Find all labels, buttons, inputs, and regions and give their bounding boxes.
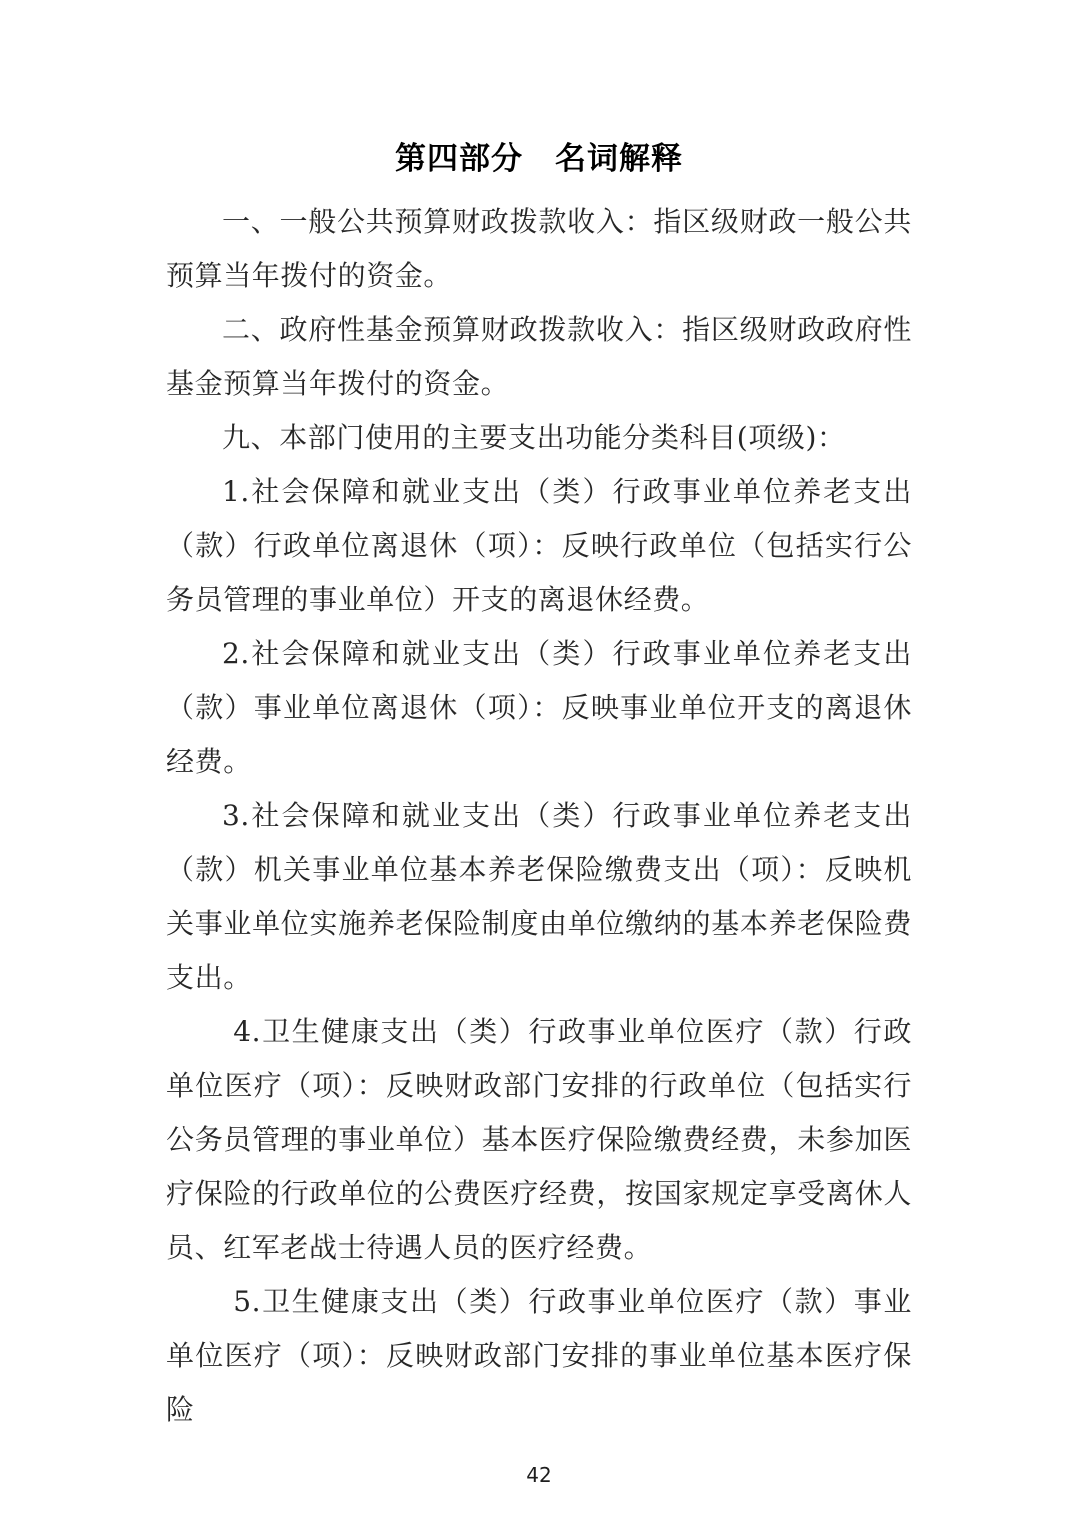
- paragraph-general-budget-income: 一、一般公共预算财政拨款收入：指区级财政一般公共预算当年拨付的资金。: [166, 195, 912, 303]
- paragraph-item-4-admin-medical: 4.卫生健康支出（类）行政事业单位医疗（款）行政 单位医疗（项）：反映财政部门安…: [166, 1005, 912, 1275]
- paragraph-item-2-institution-retirement: 2.社会保障和就业支出（类）行政事业单位养老支出（款）事业单位离退休（项）：反映…: [166, 627, 912, 789]
- paragraph-item-1-admin-retirement: 1.社会保障和就业支出（类）行政事业单位养老支出（款）行政单位离退休（项）：反映…: [166, 465, 912, 627]
- page-footer: 42: [166, 1463, 912, 1487]
- document-page: 第四部分 名词解释 一、一般公共预算财政拨款收入：指区级财政一般公共预算当年拨付…: [0, 0, 1074, 1520]
- page-number: 42: [526, 1463, 551, 1487]
- document-body: 一、一般公共预算财政拨款收入：指区级财政一般公共预算当年拨付的资金。 二、政府性…: [166, 195, 912, 1437]
- paragraph-item-3-pension-contribution: 3.社会保障和就业支出（类）行政事业单位养老支出（款）机关事业单位基本养老保险缴…: [166, 789, 912, 1005]
- paragraph-government-fund-income: 二、政府性基金预算财政拨款收入：指区级财政政府性基金预算当年拨付的资金。: [166, 303, 912, 411]
- section-title: 第四部分 名词解释: [166, 136, 912, 182]
- paragraph-item-5-institution-medical: 5.卫生健康支出（类）行政事业单位医疗（款）事业 单位医疗（项）：反映财政部门安…: [166, 1275, 912, 1437]
- paragraph-expenditure-classification-intro: 九、本部门使用的主要支出功能分类科目(项级)：: [166, 411, 912, 465]
